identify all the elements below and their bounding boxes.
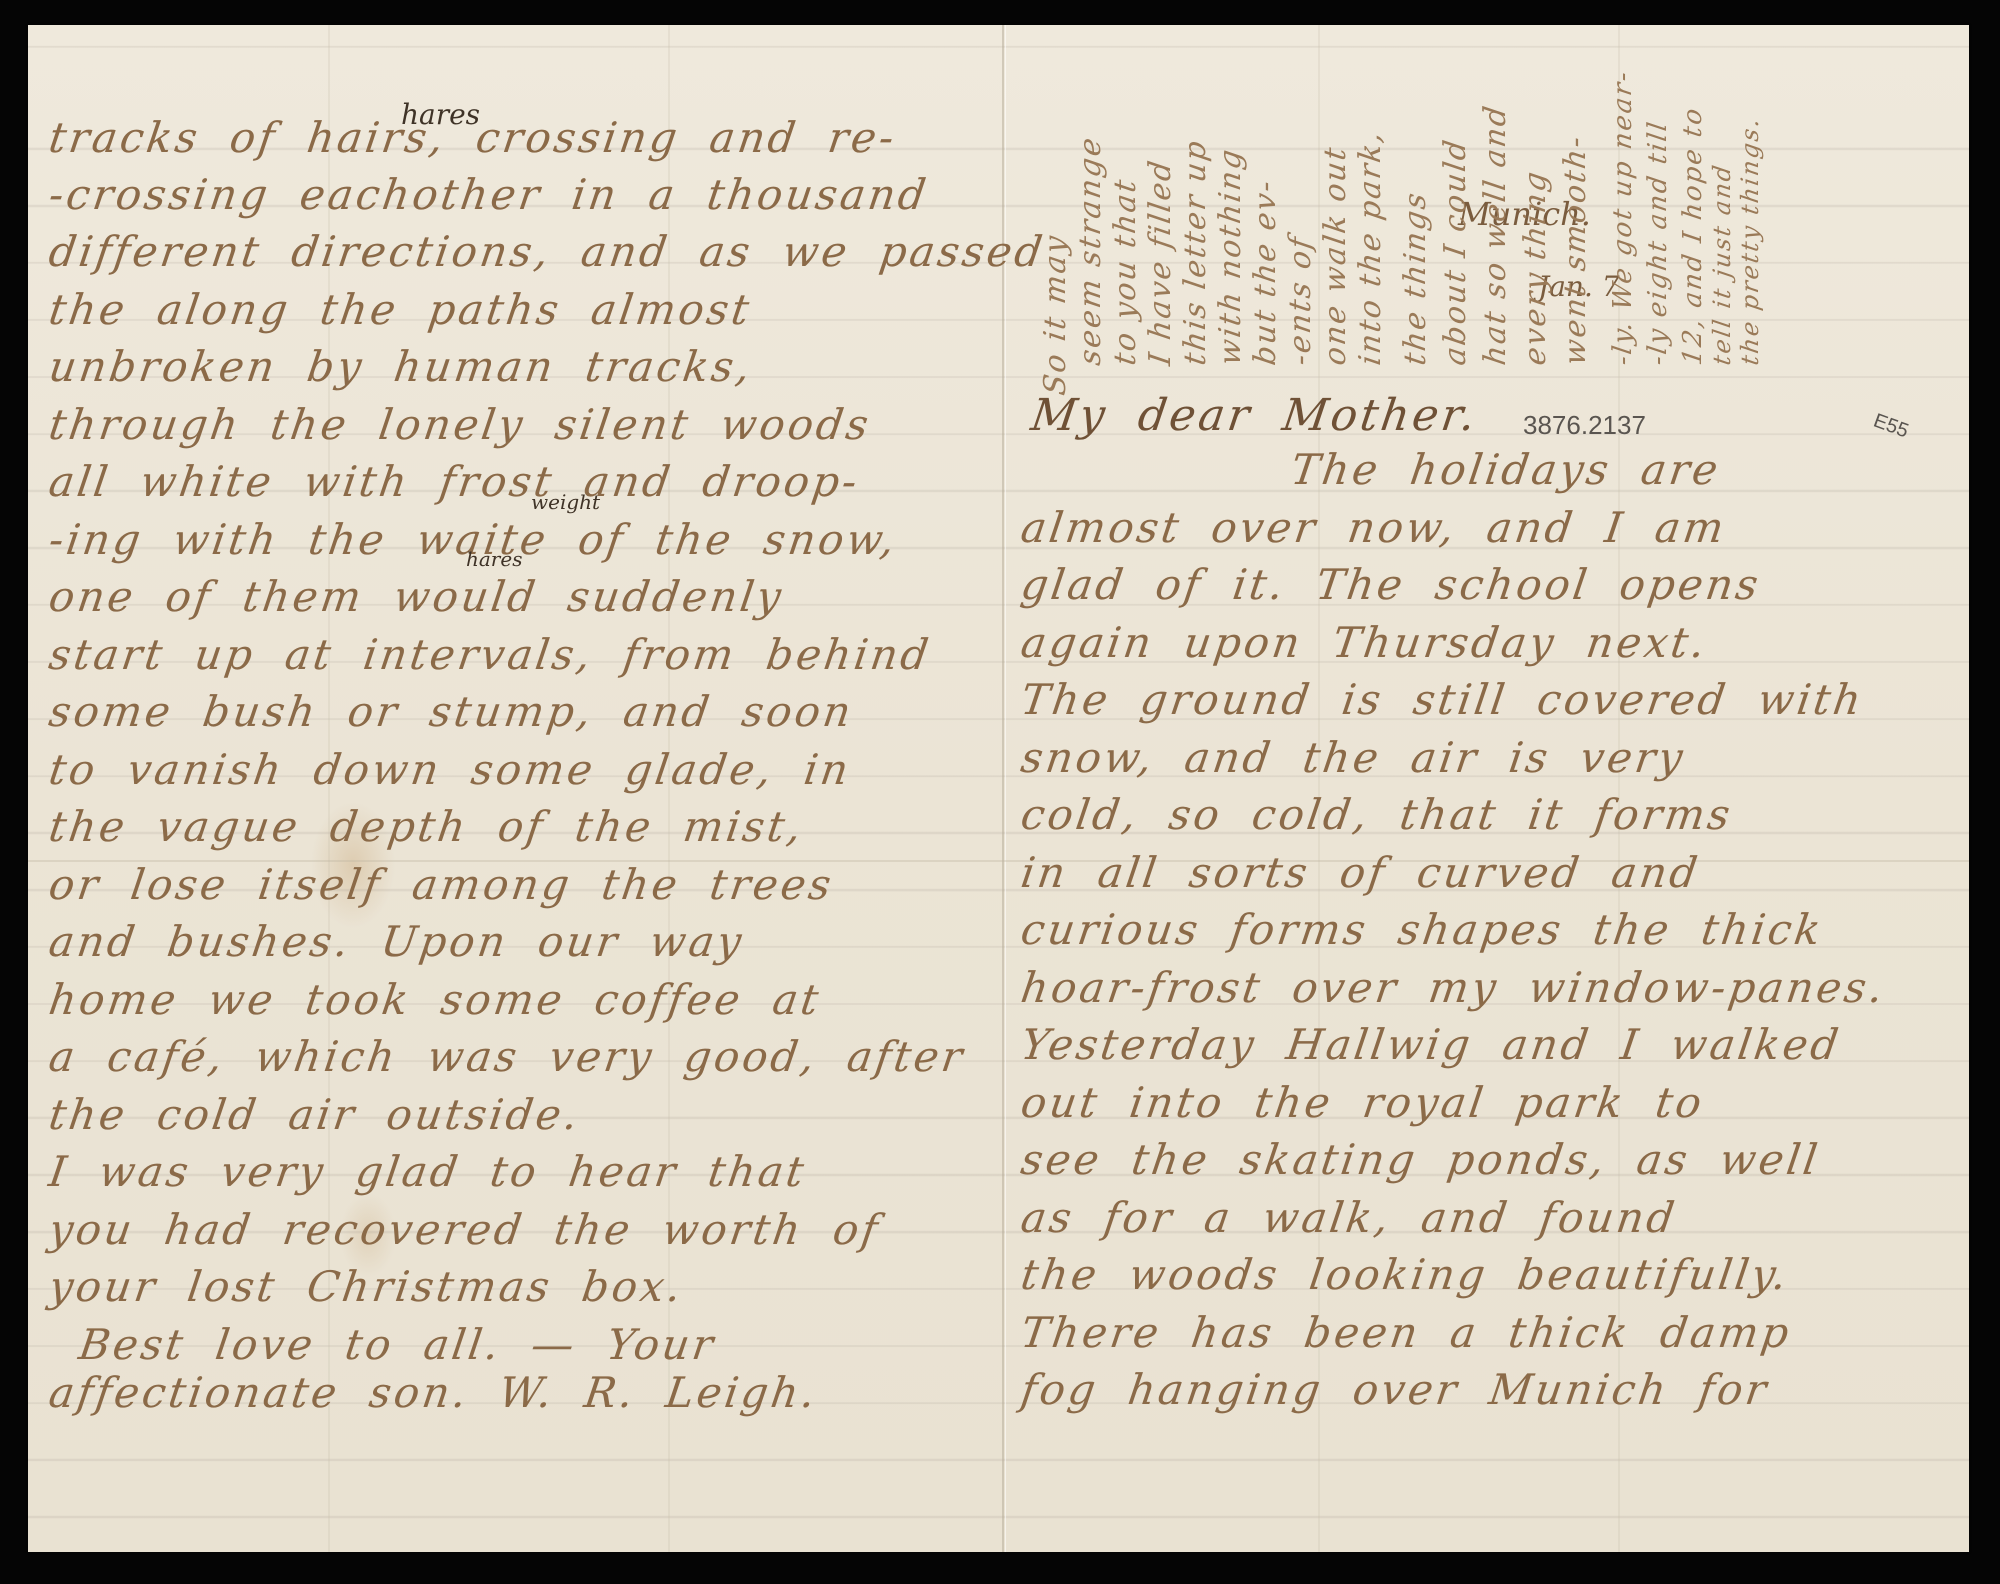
right-line-9: curious forms shapes the thick — [1018, 905, 1827, 954]
cross-col-1: So it may — [1038, 63, 1073, 398]
insertion-weight: weight — [531, 490, 600, 514]
left-line-9: one of them would suddenly — [46, 572, 787, 621]
signature-line: affectionate son. W. R. Leigh. — [46, 1368, 821, 1417]
cross-col-2: seem strange — [1073, 33, 1108, 368]
right-line-7: cold, so cold, that it forms — [1018, 790, 1736, 839]
cross-col-19: -ly eight and till — [1643, 33, 1673, 367]
left-line-5: unbroken by human tracks, — [46, 342, 756, 391]
left-line-4: the along the paths almost — [46, 285, 755, 334]
left-line-20: you had recovered the worth of — [46, 1205, 884, 1254]
cross-col-5: this letter up — [1178, 33, 1213, 368]
left-line-17: a café, which was very good, after — [46, 1032, 968, 1081]
left-line-14: or lose itself among the trees — [46, 860, 837, 909]
cross-col-6: with nothing — [1213, 33, 1248, 368]
left-line-2: -crossing eachother in a thousand — [46, 170, 932, 219]
right-line-2: almost over now, and I am — [1018, 503, 1730, 552]
cross-col-18: -ly. We got up near- — [1608, 33, 1638, 367]
insertion-hares-2: hares — [466, 547, 522, 571]
left-line-16: home we took some coffee at — [46, 975, 824, 1024]
left-line-13: the vague depth of the mist, — [46, 802, 807, 851]
right-line-16: There has been a thick damp — [1018, 1308, 1795, 1357]
left-line-7: all white with frost and droop- — [46, 457, 863, 506]
letter-sheet: hares tracks of hairs, crossing and re- … — [28, 25, 1969, 1552]
cross-col-7: but the ev- — [1248, 33, 1283, 368]
right-line-8: in all sorts of curved and — [1018, 848, 1703, 897]
right-line-3: glad of it. The school opens — [1018, 560, 1764, 609]
crosswriting-block: So it may seem strange to you that I hav… — [1018, 25, 1963, 445]
catalog-number: 3876.2137 — [1523, 410, 1646, 441]
salutation: My dear Mother. — [1028, 390, 1481, 441]
right-line-12: out into the royal park to — [1018, 1078, 1707, 1127]
right-line-10: hoar-frost over my window-panes. — [1018, 963, 1889, 1012]
right-line-4: again upon Thursday next. — [1018, 618, 1711, 667]
cross-col-14: about I could — [1438, 33, 1473, 368]
left-line-11: some bush or stump, and soon — [46, 687, 857, 736]
cross-col-22: the pretty things. — [1736, 33, 1764, 367]
cross-col-4: I have filled — [1143, 33, 1178, 368]
right-line-13: see the skating ponds, as well — [1018, 1135, 1823, 1184]
left-line-1: tracks of hairs, crossing and re- — [46, 113, 900, 162]
cross-col-16: every thing — [1518, 33, 1553, 368]
right-line-6: snow, and the air is very — [1018, 733, 1689, 782]
cross-col-13: the things — [1398, 33, 1433, 368]
cross-col-10: into the park, — [1353, 33, 1388, 368]
right-line-11: Yesterday Hallwig and I walked — [1018, 1020, 1844, 1069]
cross-col-3: to you that — [1108, 33, 1143, 368]
cross-col-20: 12, and I hope to — [1678, 33, 1708, 367]
cross-col-8: -ents of — [1283, 33, 1318, 368]
left-line-10: start up at intervals, from behind — [46, 630, 934, 679]
left-line-18: the cold air outside. — [46, 1090, 584, 1139]
left-line-15: and bushes. Upon our way — [46, 917, 747, 966]
right-line-14: as for a walk, and found — [1018, 1193, 1680, 1242]
left-line-6: through the lonely silent woods — [46, 400, 874, 449]
left-line-12: to vanish down some glade, in — [46, 745, 854, 794]
right-line-15: the woods looking beautifully. — [1018, 1250, 1793, 1299]
cross-col-21: tell it just and — [1708, 33, 1736, 367]
left-line-3: different directions, and as we passed — [46, 227, 1048, 276]
closing-line: Best love to all. — Your — [76, 1320, 719, 1369]
right-line-1: The holidays are — [1288, 445, 1724, 494]
right-line-17: fog hanging over Munich for — [1018, 1365, 1772, 1414]
left-line-21: your lost Christmas box. — [46, 1262, 687, 1311]
left-line-19: I was very glad to hear that — [46, 1147, 810, 1196]
cross-col-9: one walk out — [1318, 33, 1353, 368]
cross-col-15: hat so well and — [1478, 33, 1513, 368]
right-line-5: The ground is still covered with — [1018, 675, 1867, 724]
cross-col-17: went smooth- — [1558, 33, 1593, 368]
